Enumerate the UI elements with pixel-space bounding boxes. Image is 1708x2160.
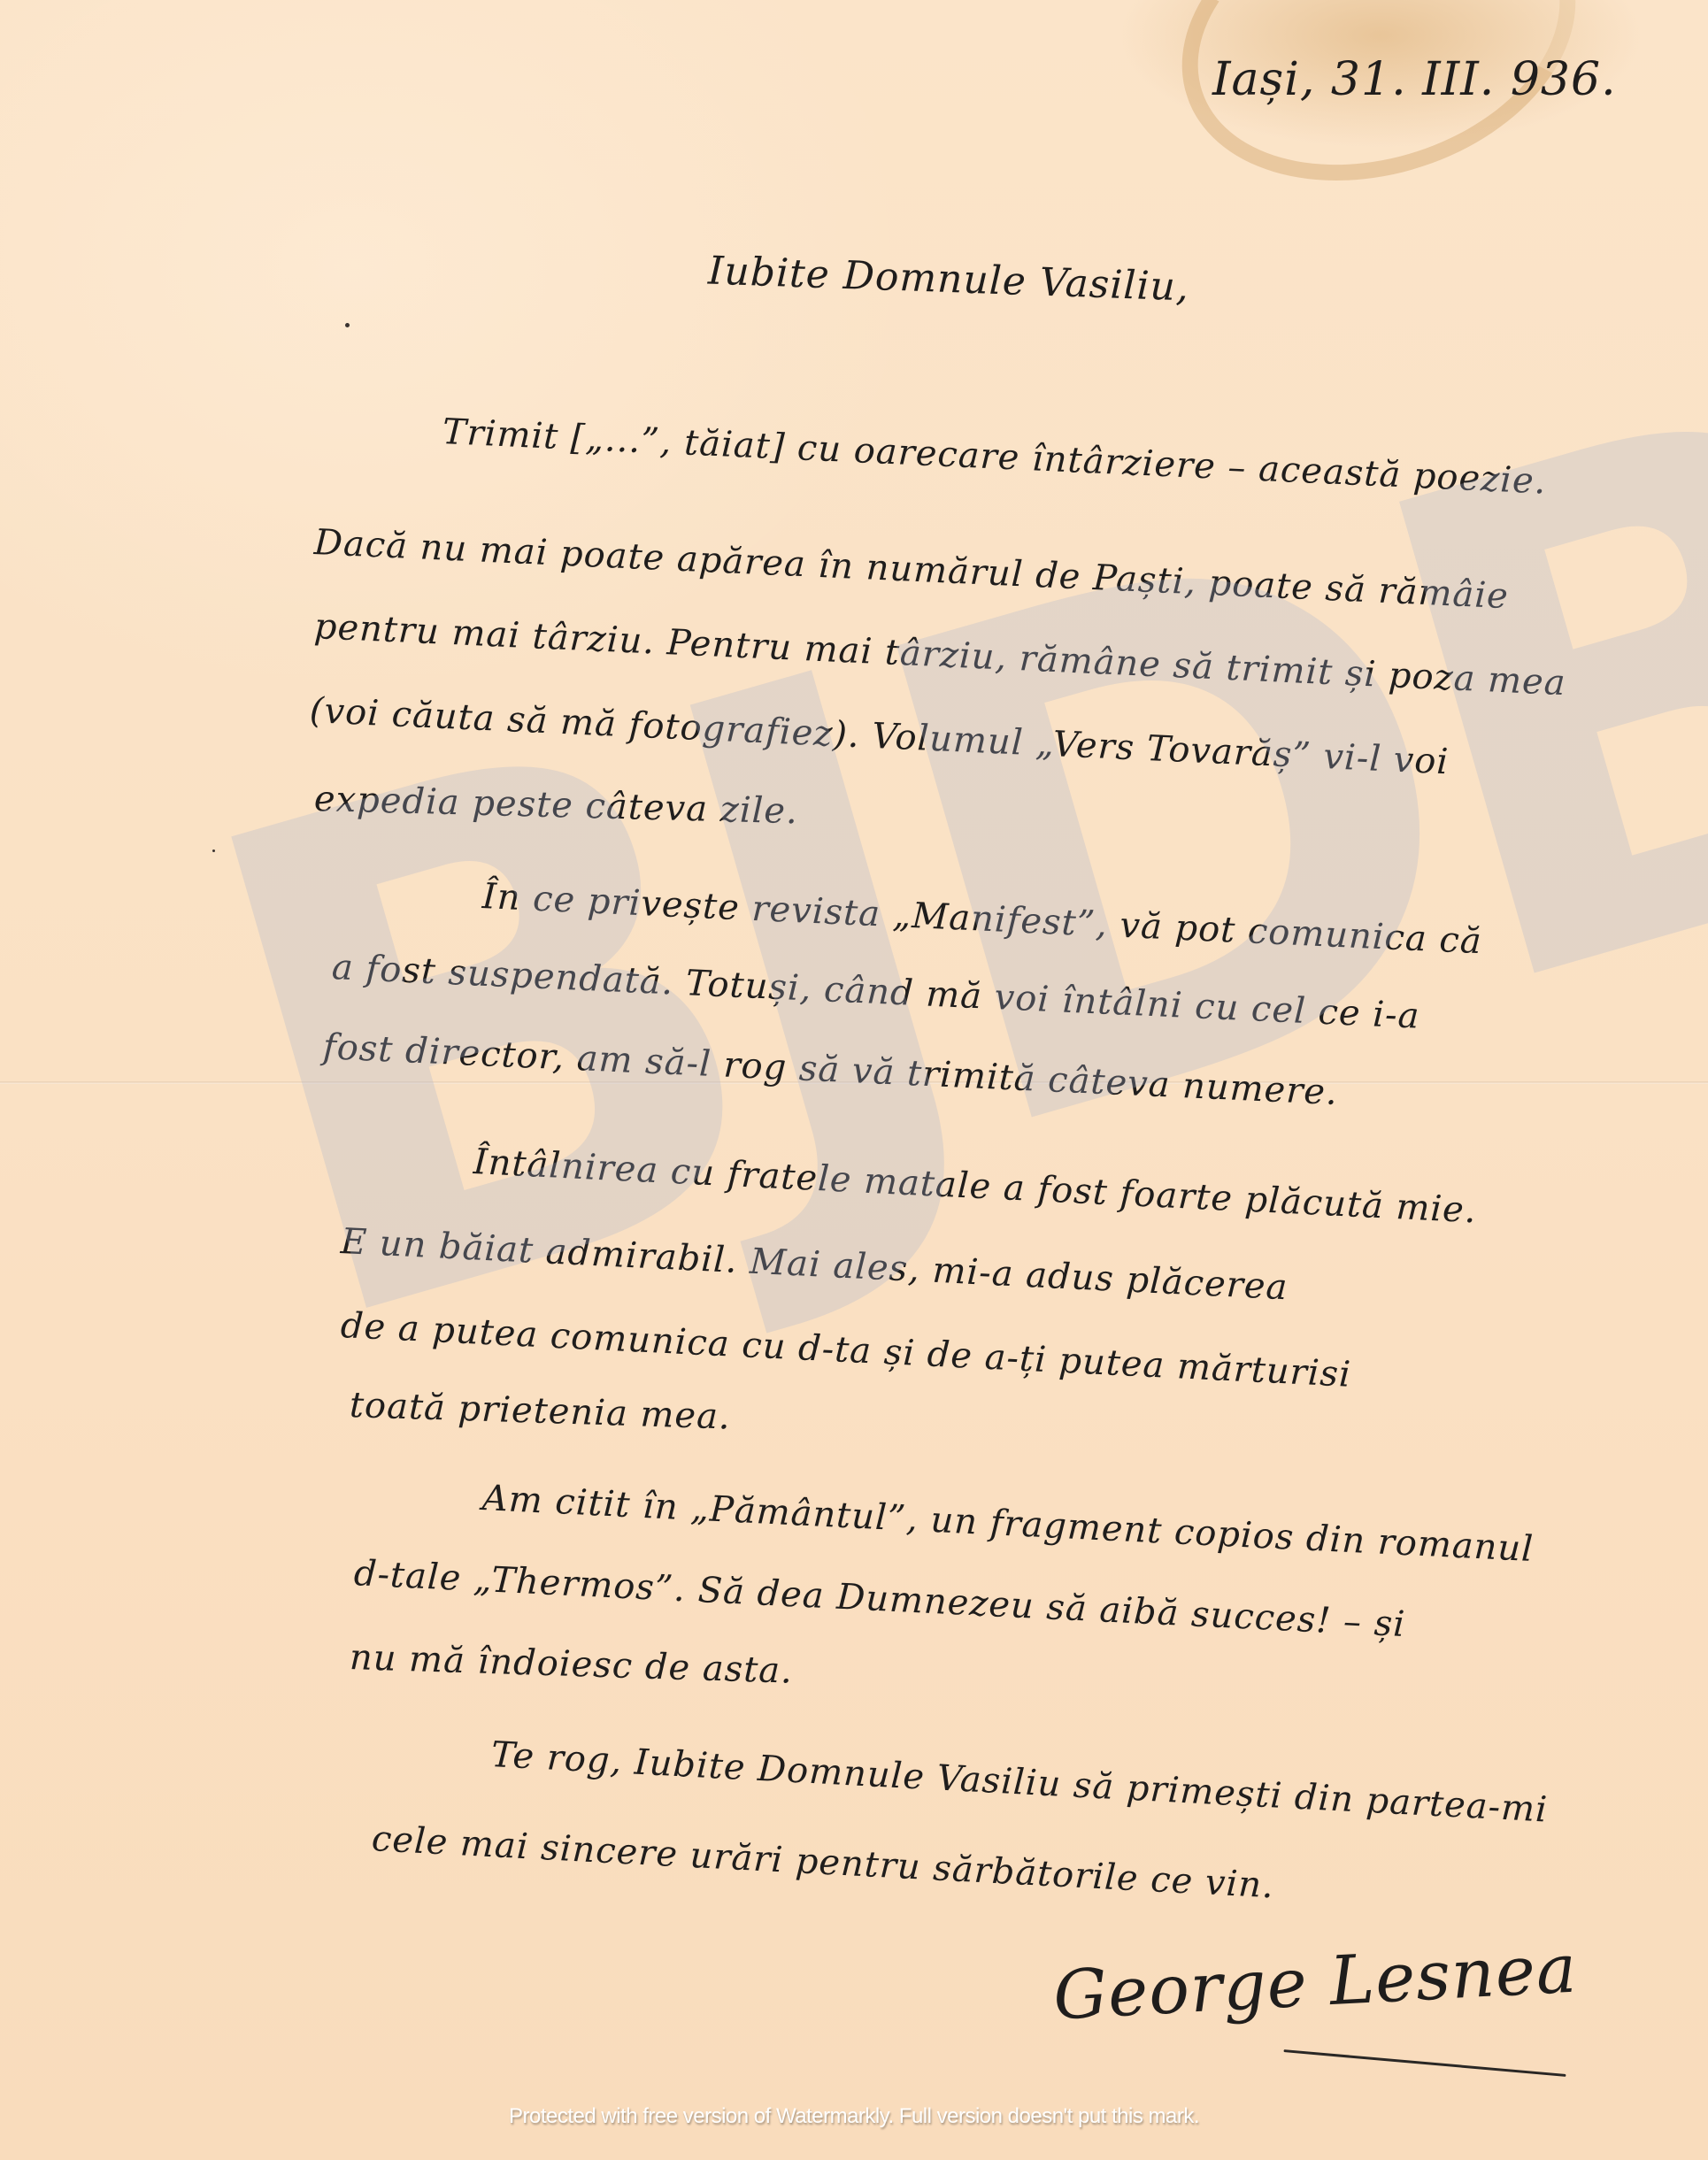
letter-date: Iași, 31. III. 936. bbox=[1212, 53, 1617, 106]
ink-speck bbox=[345, 323, 350, 327]
watermarkly-notice: Protected with free version of Watermark… bbox=[0, 2104, 1708, 2129]
ink-speck bbox=[212, 849, 215, 852]
